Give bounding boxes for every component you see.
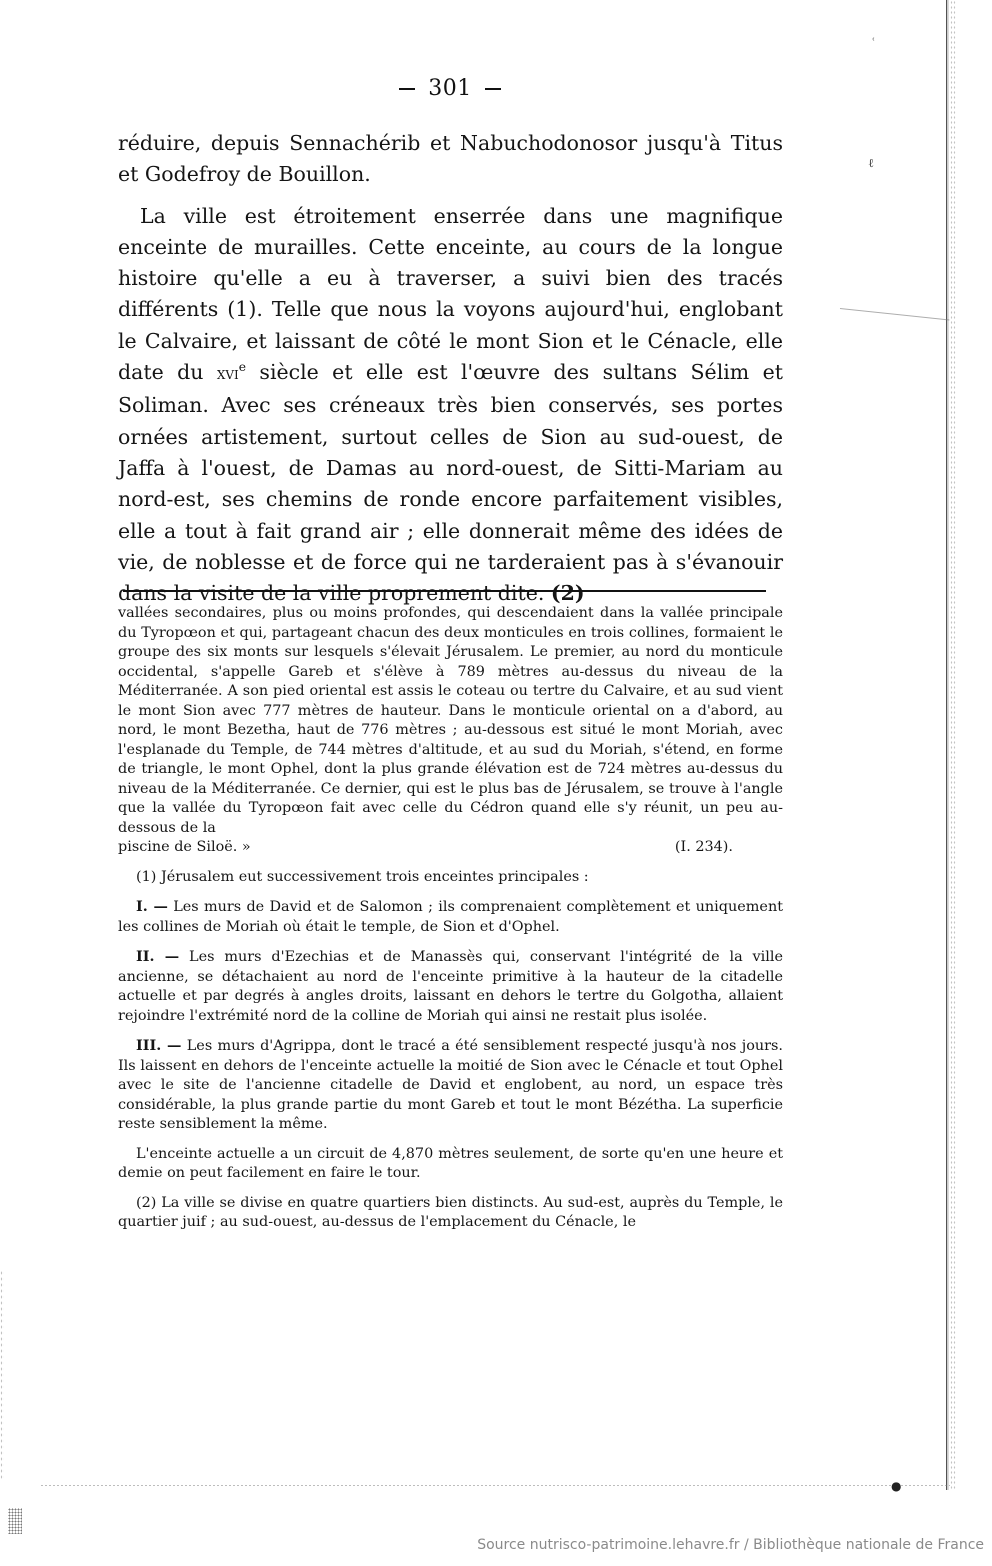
footnote-1-item-3: III. — Les murs d'Agrippa, dont le tracé… xyxy=(118,1036,783,1135)
quote-last-line: piscine de Siloë. » xyxy=(118,838,251,858)
page-edge-noise xyxy=(950,0,956,1490)
header-dash-right xyxy=(485,88,501,90)
main-body-text: réduire, depuis Sennachérib et Nabuchodo… xyxy=(118,128,783,609)
left-edge-noise xyxy=(0,1270,4,1480)
item-2-text: Les murs d'Ezechias et de Manassès qui, … xyxy=(118,949,783,1024)
source-credit: Source nutrisco-patrimoine.lehavre.fr / … xyxy=(477,1537,984,1553)
footnote-separator-rule xyxy=(123,590,766,592)
paragraph-city-walls: La ville est étroitement enserrée dans u… xyxy=(118,201,783,610)
item-3-text: Les murs d'Agrippa, dont le tracé a été … xyxy=(118,1038,783,1132)
page-edge-line xyxy=(946,0,949,1490)
footnote-1-closing: L'enceinte actuelle a un circuit de 4,87… xyxy=(118,1145,783,1184)
footnote-continuation: vallées secondaires, plus ou moins profo… xyxy=(118,604,783,838)
footnote-1-intro: (1) Jérusalem eut successivement trois e… xyxy=(118,868,783,888)
scanned-book-page: ʿ ℓ ● 301 réduire, depuis Sennachérib et… xyxy=(0,0,992,1566)
footnote-1-item-1: I. — Les murs de David et de Salomon ; i… xyxy=(118,897,783,937)
footnotes-section: vallées secondaires, plus ou moins profo… xyxy=(118,604,783,1233)
ink-blot: ● xyxy=(891,1479,901,1493)
century-superscript: e xyxy=(239,360,246,374)
margin-pencil-stroke xyxy=(840,308,950,320)
roman-numeral-2: II. — xyxy=(136,948,179,965)
footnote-continuation-end: piscine de Siloë. » (I. 234). xyxy=(118,838,783,858)
margin-mark-top: ʿ xyxy=(872,36,875,49)
paragraph-text-part1: La ville est étroitement enserrée dans u… xyxy=(118,204,783,384)
roman-numeral-1: I. — xyxy=(136,898,168,915)
header-dash-left xyxy=(399,88,415,90)
page-number-header: 301 xyxy=(0,76,900,101)
footnote-1-item-2: II. — Les murs d'Ezechias et de Manassès… xyxy=(118,947,783,1026)
century-numeral: xvi xyxy=(217,364,239,384)
paragraph-text-part2: siècle et elle est l'œuvre des sultans S… xyxy=(118,360,783,605)
bottom-edge-noise xyxy=(40,1484,950,1487)
margin-mark-side: ℓ xyxy=(868,156,874,171)
library-stamp-icon xyxy=(8,1508,22,1534)
footnote-2: (2) La ville se divise en quatre quartie… xyxy=(118,1194,783,1233)
item-1-text: Les murs de David et de Salomon ; ils co… xyxy=(118,899,783,935)
footnote-ref-2: (2) xyxy=(551,581,585,605)
paragraph-continuation: réduire, depuis Sennachérib et Nabuchodo… xyxy=(118,128,783,191)
roman-numeral-3: III. — xyxy=(136,1037,181,1054)
page-number: 301 xyxy=(428,76,472,101)
quote-citation: (I. 234). xyxy=(675,838,733,858)
